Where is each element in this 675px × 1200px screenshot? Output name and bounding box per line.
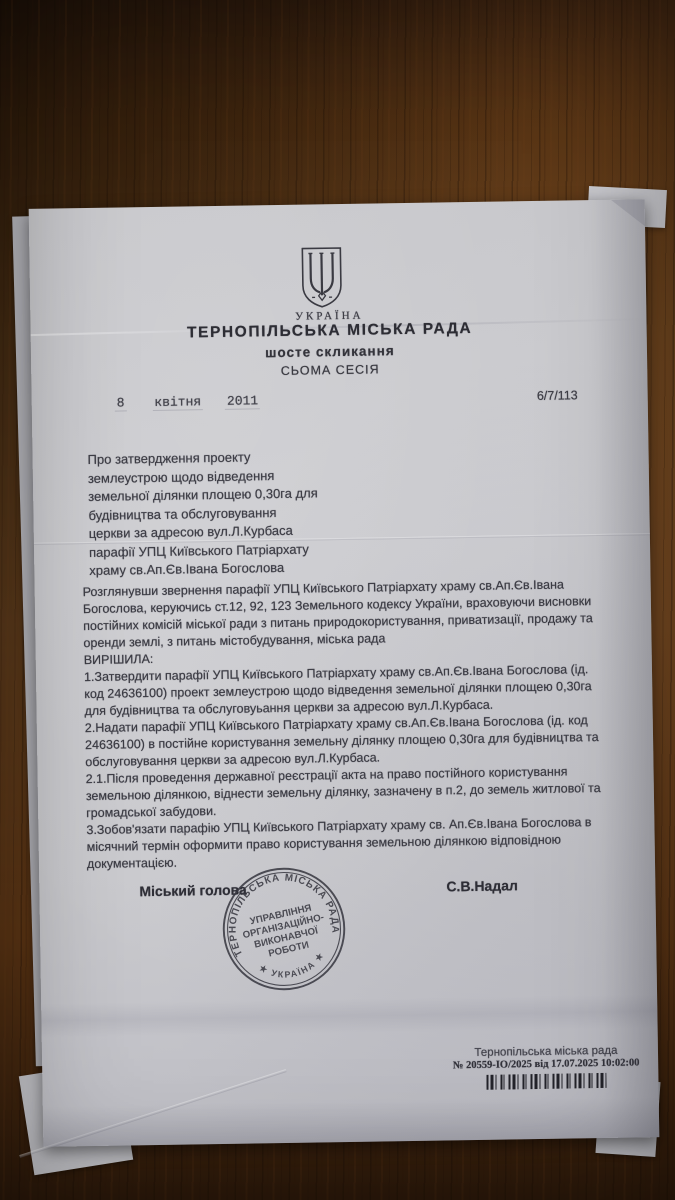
coat-of-arms-ukraine-icon [298,245,345,310]
registration-number: № 20559-ІО/2025 від 17.07.2025 10:02:00 [427,1057,665,1072]
paper-crease [41,994,657,1038]
body-paragraph: 3.Зобов'язати парафію УПЦ Київського Пат… [86,814,609,873]
signature-name: С.В.Надал [446,877,518,894]
date-row: 8 квітня 2011 6/7/113 [115,388,578,410]
document-page: УКРАЇНА ТЕРНОПІЛЬСЬКА МІСЬКА РАДА шосте … [29,199,660,1147]
registration-mark: Тернопільська міська рада № 20559-ІО/202… [427,1044,666,1091]
round-ink-stamp: ТЕРНОПІЛЬСЬКА МІСЬКА РАДА ★ УКРАЇНА ★ УП… [199,844,369,1014]
body-paragraph: 2.1.Після проведення державної реєстраці… [86,763,609,822]
date-month: квітня [152,394,203,411]
body-paragraph: 2.Надати парафії УПЦ Київського Патріарх… [85,712,608,771]
body-paragraph: 1.Затвердити парафії УПЦ Київського Патр… [84,661,607,720]
folded-corner [593,199,645,230]
photo-of-document: УКРАЇНА ТЕРНОПІЛЬСЬКА МІСЬКА РАДА шосте … [0,0,675,1200]
document-number: 6/7/113 [537,388,578,403]
date-day: 8 [115,395,127,411]
date-year: 2011 [225,393,260,410]
subject-block: Про затвердження проектуземлеустрою щодо… [87,446,439,581]
barcode-icon [486,1073,606,1090]
resolution-body: Розглянувши звернення парафії УПЦ Київсь… [83,576,609,873]
body-paragraph: Розглянувши звернення парафії УПЦ Київсь… [83,576,606,652]
